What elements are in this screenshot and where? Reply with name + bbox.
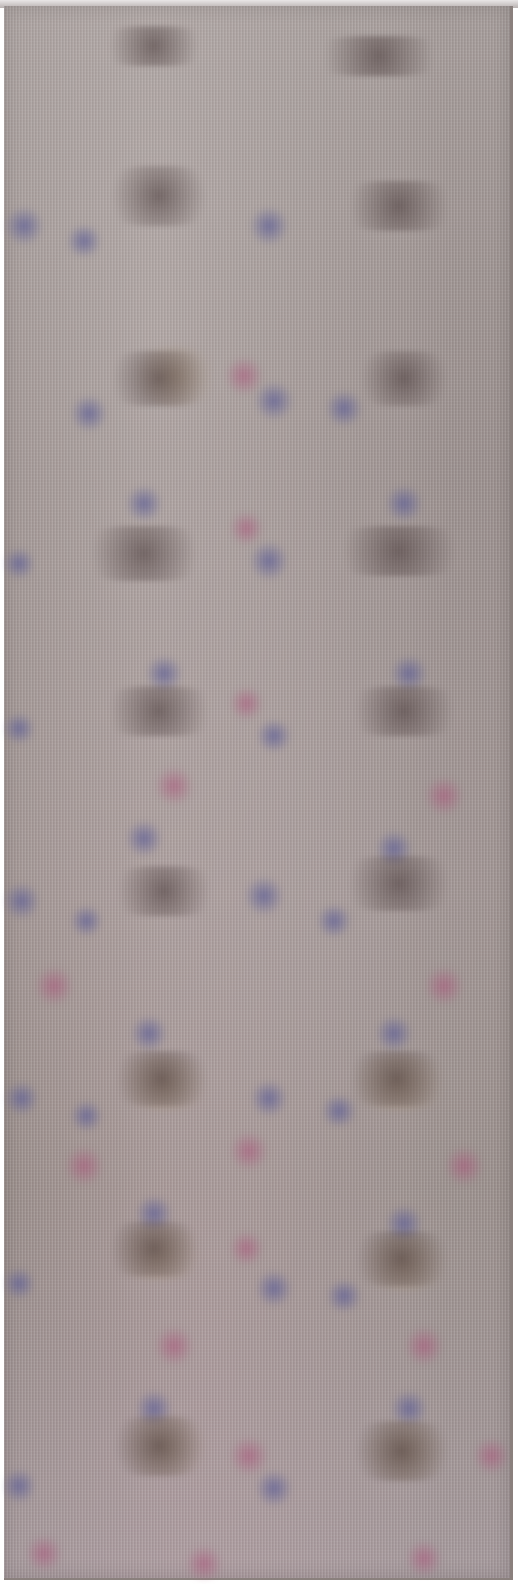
rug-motif-pink [229,1131,269,1171]
rug-motif-sepia [99,1221,209,1276]
rug-motif-blue [4,711,34,746]
rug-motif-blue [64,226,104,256]
rug-motif-blue [384,486,424,521]
rug-motif-blue [69,906,104,936]
rug-motif-blue [254,721,294,751]
rug-motif-blue [124,821,164,856]
rug-motif-pink [404,1541,444,1576]
rug-motif-blue [249,1081,289,1116]
rug-motif-pink [424,776,464,816]
rug-motif-sepia [339,1051,454,1106]
rug-motif-sepia [104,1051,219,1106]
rug-motif-pink [229,1436,269,1476]
rug-motif-sepia [104,866,224,916]
rug-motif-sepia [339,686,469,736]
rug-motif-pink [474,1436,509,1476]
rug-motif-blue [69,396,109,431]
rug-motif-pink [424,966,464,1006]
rug-motif-sepia [324,526,474,576]
rug-motif-blue [374,1016,414,1051]
rug-motif-sepia [349,351,459,406]
rug-motif-pink [229,1231,264,1266]
rug-motif-pink [444,1146,484,1186]
rug-motif-blue [124,486,164,521]
rug-motif-blue [4,881,39,921]
rug-motif-sepia [304,36,454,76]
rug-runner [4,6,513,1580]
rug-motif-blue [249,541,289,581]
rug-motif-blue [254,1271,294,1306]
rug-motif-sepia [94,26,214,66]
rug-motif-blue [69,1101,104,1131]
rug-motif-sepia [99,166,219,226]
rug-motif-blue [4,1081,39,1116]
rug-motif-sepia [99,351,219,406]
rug-motif-sepia [344,1421,459,1481]
rug-motif-blue [314,906,354,936]
rug-motif-blue [319,1096,359,1126]
rug-motif-pink [64,1146,104,1186]
rug-motif-sepia [334,181,464,231]
rug-motif-pink [184,1546,224,1581]
rug-motif-blue [244,876,284,916]
rug-motif-pink [404,1326,444,1366]
rug-motif-sepia [334,856,464,911]
rug-motif-pink [34,966,74,1006]
rug-motif-pink [24,1536,64,1571]
rug-motif-blue [254,1471,294,1506]
rug-motif-pink [154,1326,194,1366]
rug-motif-sepia [344,1231,459,1286]
rug-motif-blue [4,1466,34,1506]
rug-motif-pink [154,766,194,806]
rug-motif-blue [4,546,34,581]
rug-motif-sepia [104,1416,214,1476]
rug-motif-pink [229,686,264,721]
rug-motif-pink [229,511,264,546]
rug-motif-blue [249,206,289,246]
rug-motif-blue [324,1281,364,1311]
rug-motif-sepia [94,686,224,736]
rug-motif-sepia [74,526,214,581]
rug-motif-blue [4,206,44,246]
rug-motif-blue [4,1266,34,1301]
rug-motif-blue [129,1016,169,1051]
rug-motif-pink [224,356,264,396]
